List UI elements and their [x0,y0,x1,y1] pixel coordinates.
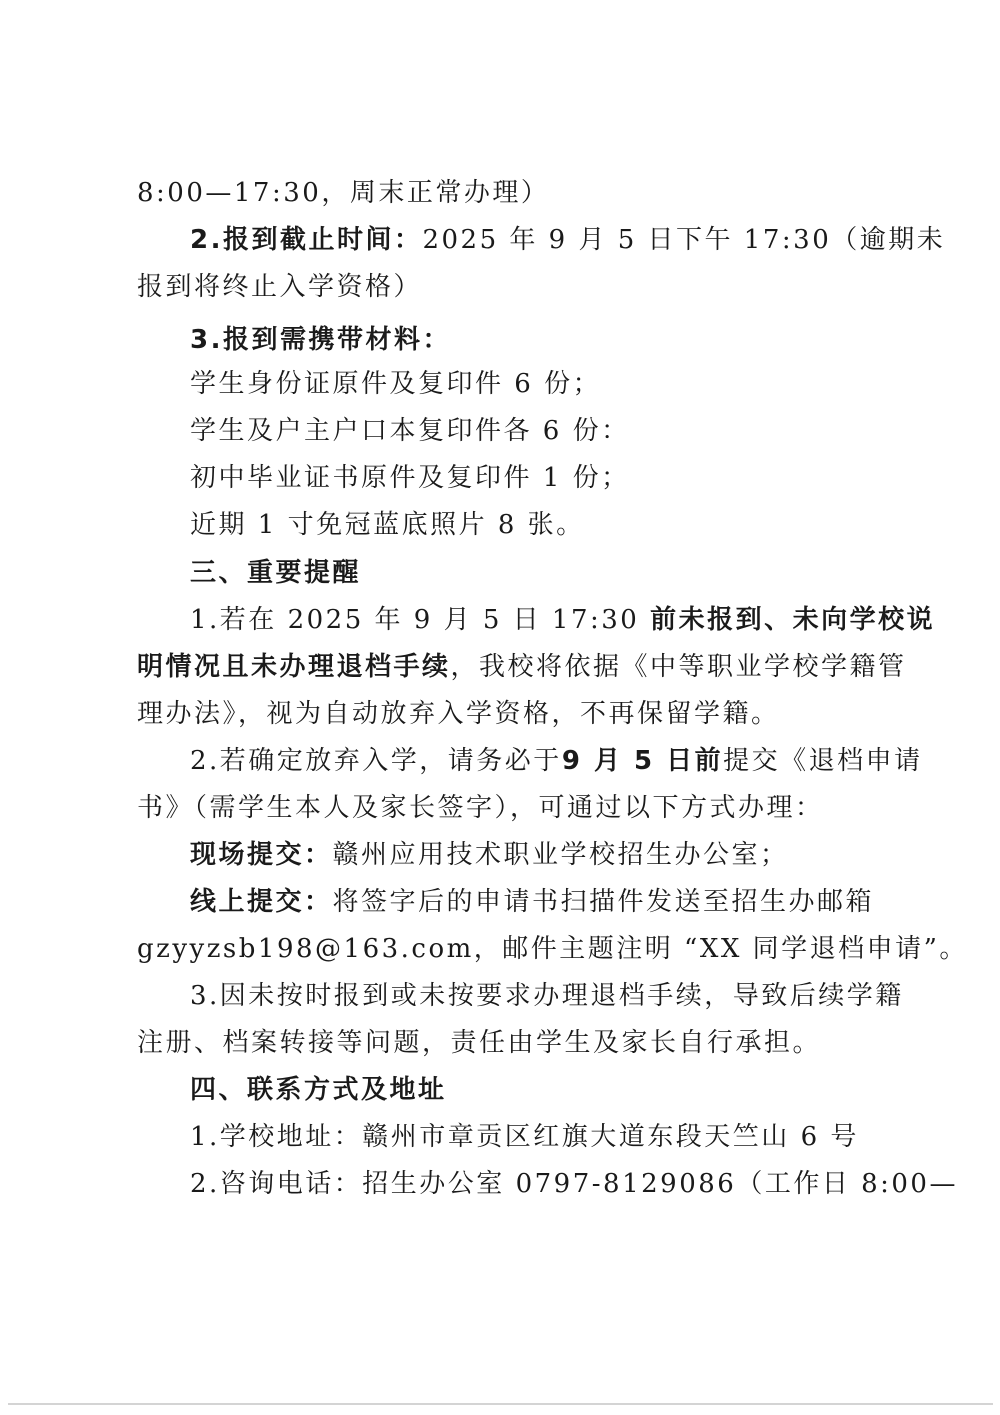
onsite-submission-label: 现场提交： [190,840,333,870]
section-heading-important-reminders: 三、重要提醒 [190,553,867,593]
material-item-diploma: 初中毕业证书原件及复印件 1 份； [190,458,867,498]
material-item-id-card: 学生身份证原件及复印件 6 份； [190,364,867,404]
text-line-phone: 2.咨询电话：招生办公室 0797-8129086（工作日 8:00— [190,1164,867,1204]
material-item-photos: 近期 1 寸免冠蓝底照片 8 张。 [190,505,867,545]
deadline-value: 2025 年 9 月 5 日下午 17:30（逾期未 [422,225,945,255]
deadline-label: 2.报到截止时间： [190,225,422,255]
text-line-online-submission: 线上提交：将签字后的申请书扫描件发送至招生办邮箱 [190,882,867,922]
page-bottom-edge-divider [8,1403,993,1405]
text-line-reminder-3-continued: 注册、档案转接等问题，责任由学生及家长自行承担。 [137,1023,867,1063]
material-item-household-register: 学生及户主户口本复印件各 6 份： [190,411,867,451]
online-submission-label: 线上提交： [190,887,333,917]
text-line-reminder-2-continued: 书》（需学生本人及家长签字），可通过以下方式办理： [137,788,867,828]
reminder-2-intro: 2.若确定放弃入学，请务必于 [190,746,562,776]
text-line-reminder-2: 2.若确定放弃入学，请务必于9 月 5 日前提交《退档申请 [190,741,867,781]
text-line-onsite-submission: 现场提交：赣州应用技术职业学校招生办公室； [190,835,867,875]
text-line-reminder-1-end: 理办法》，视为自动放弃入学资格，不再保留学籍。 [137,694,867,734]
reminder-1-emphasis: 前未报到、未向学校说 [650,605,935,635]
text-line-deadline-continued: 报到将终止入学资格） [137,267,867,307]
reminder-2-action: 提交《退档申请 [723,746,923,776]
onsite-submission-location: 赣州应用技术职业学校招生办公室； [333,840,789,870]
materials-heading: 3.报到需携带材料： [190,320,867,360]
text-line-email-address: gzyyzsb198@163.com，邮件主题注明 “XX 同学退档申请”。 [137,929,867,969]
reminder-1-emphasis-continued: 明情况且未办理退档手续 [137,652,451,682]
text-line-hours-continued: 8:00—17:30，周末正常办理） [137,173,867,213]
section-heading-contact: 四、联系方式及地址 [190,1070,867,1110]
text-line-reminder-1: 1.若在 2025 年 9 月 5 日 17:30 前未报到、未向学校说 [190,600,867,640]
text-line-school-address: 1.学校地址：赣州市章贡区红旗大道东段天竺山 6 号 [190,1117,867,1157]
reminder-1-date: 1.若在 2025 年 9 月 5 日 17:30 [190,605,650,635]
text-line-deadline: 2.报到截止时间：2025 年 9 月 5 日下午 17:30（逾期未 [190,220,867,260]
online-submission-instructions: 将签字后的申请书扫描件发送至招生办邮箱 [333,887,875,917]
text-line-reminder-3: 3.因未按时报到或未按要求办理退档手续，导致后续学籍 [190,976,867,1016]
text-line-reminder-1-continued: 明情况且未办理退档手续，我校将依据《中等职业学校学籍管 [137,647,867,687]
scanned-document-page: 8:00—17:30，周末正常办理） 2.报到截止时间：2025 年 9 月 5… [0,0,1000,1415]
reminder-2-deadline: 9 月 5 日前 [562,746,723,776]
reminder-1-policy: ，我校将依据《中等职业学校学籍管 [451,652,907,682]
